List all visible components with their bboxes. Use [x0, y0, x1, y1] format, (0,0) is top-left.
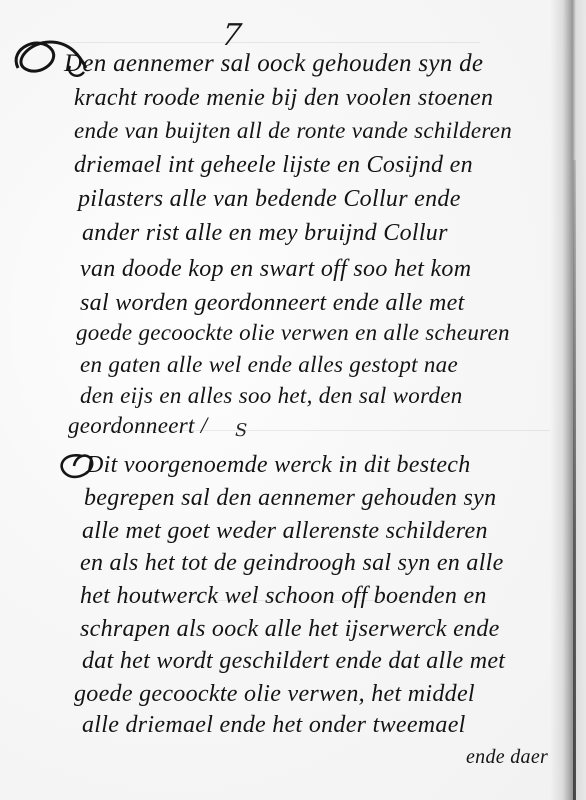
manuscript-line: goede gecoockte olie verwen, het middel — [74, 681, 475, 708]
manuscript-line: ander rist alle en mey bruijnd Collur — [82, 220, 448, 247]
manuscript-line: en als het tot de geindroogh sal syn en … — [80, 550, 504, 577]
manuscript-line: Den aennemer sal oock gehouden syn de — [64, 50, 483, 78]
manuscript-line: het houtwerck wel schoon off boenden en — [80, 583, 487, 610]
manuscript-line: dat het wordt geschildert ende dat alle … — [82, 648, 505, 675]
section-mark: S — [235, 420, 247, 441]
manuscript-line: ende daer — [466, 746, 548, 769]
manuscript-line: driemael int geheele lijste en Cosijnd e… — [74, 152, 473, 179]
manuscript-line: alle driemael ende het onder tweemael — [82, 712, 466, 739]
manuscript-line: goede gecoockte olie verwen en alle sche… — [76, 320, 510, 346]
manuscript-line: alle met goet weder allerenste schildere… — [82, 518, 488, 545]
manuscript-line: pilasters alle van bedende Collur ende — [78, 186, 461, 213]
manuscript-page: 7 O Den aennemer sal oock gehouden syn d… — [0, 0, 586, 800]
manuscript-line: en gaten alle wel ende alles gestopt nae — [80, 352, 458, 378]
manuscript-line: begrepen sal den aennemer gehouden syn — [84, 485, 496, 512]
page-edge-shadow — [550, 0, 586, 800]
page-edge-crease — [573, 160, 576, 800]
manuscript-line: schrapen als oock alle het ijserwerck en… — [80, 616, 500, 643]
manuscript-line: sal worden geordonneert ende alle met — [80, 290, 465, 317]
bleed-through-line — [60, 42, 480, 43]
manuscript-line: den eijs en alles soo het, den sal worde… — [80, 383, 463, 409]
manuscript-line: van doode kop en swart off soo het kom — [80, 256, 471, 283]
manuscript-line: kracht roode menie bij den voolen stoene… — [74, 85, 493, 112]
manuscript-line: ende van buijten all de ronte vande schi… — [74, 118, 512, 144]
manuscript-line: geordonneert / — [68, 413, 207, 439]
manuscript-line: Dit voorgenoemde werck in dit bestech — [86, 452, 471, 479]
page-number: 7 — [220, 18, 244, 53]
